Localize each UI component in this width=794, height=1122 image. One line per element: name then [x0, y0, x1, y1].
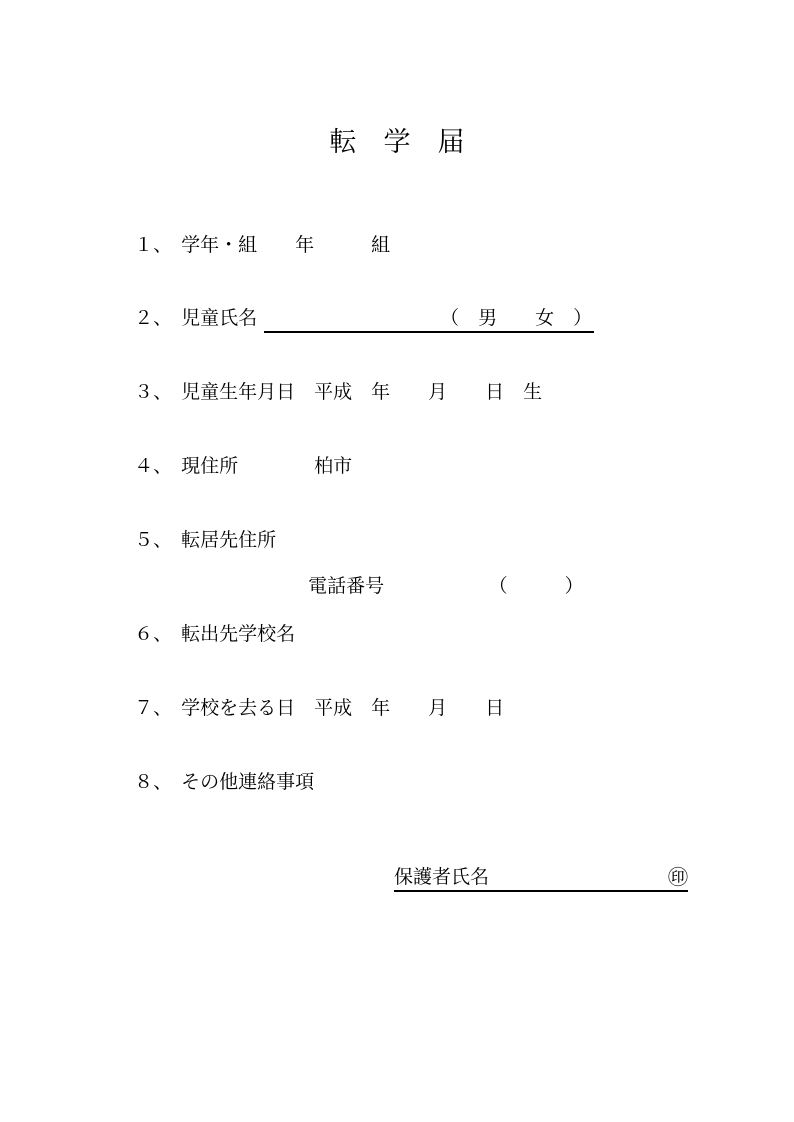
field-grade-class: １、学年・組 年 組: [113, 210, 390, 282]
item-number: ８、: [134, 771, 181, 795]
field-grade-class-label: 学年・組 年 組: [181, 235, 390, 256]
field-child-name-label: 児童氏名: [181, 308, 257, 329]
item-number: ２、: [134, 307, 181, 331]
child-name-blank-line: （ 男 女 ）: [264, 307, 594, 333]
field-leaving-date: ７、学校を去る日 平成 年 月 日: [113, 673, 504, 745]
guardian-signature-line: 保護者氏名㊞: [394, 866, 688, 892]
field-other-notes: ８、その他連絡事項: [113, 747, 314, 819]
item-number: ３、: [134, 381, 181, 405]
field-phone-number-label: 電話番号 （ ）: [308, 576, 584, 597]
field-destination-school-label: 転出先学校名: [181, 624, 295, 645]
field-destination-school: ６、転出先学校名: [113, 599, 295, 671]
item-number: ６、: [134, 623, 181, 647]
field-new-address-label: 転居先住所: [181, 530, 276, 551]
seal-icon: ㊞: [668, 866, 688, 890]
field-new-address: ５、転居先住所: [113, 505, 276, 577]
item-number: ４、: [134, 455, 181, 479]
gender-options: （ 男 女 ）: [440, 308, 592, 329]
field-current-address-label: 現住所 柏市: [181, 456, 352, 477]
field-guardian-name-label: 保護者氏名: [394, 866, 489, 890]
item-number: ５、: [134, 529, 181, 553]
field-leaving-date-label: 学校を去る日 平成 年 月 日: [181, 698, 504, 719]
page-title: 転 学 届: [0, 126, 794, 158]
field-guardian-name: 保護者氏名㊞: [394, 866, 688, 892]
field-current-address: ４、現住所 柏市: [113, 431, 352, 503]
item-number: ７、: [134, 697, 181, 721]
field-birthdate-label: 児童生年月日 平成 年 月 日 生: [181, 382, 542, 403]
field-phone-number: 電話番号 （ ）: [287, 551, 584, 623]
field-other-notes-label: その他連絡事項: [181, 772, 314, 793]
transfer-notification-form-page: 転 学 届 １、学年・組 年 組 ２、児童氏名（ 男 女 ） ３、児童生年月日 …: [0, 0, 794, 1122]
field-child-name: ２、児童氏名（ 男 女 ）: [113, 283, 594, 357]
field-birthdate: ３、児童生年月日 平成 年 月 日 生: [113, 357, 542, 429]
item-number: １、: [134, 234, 181, 258]
